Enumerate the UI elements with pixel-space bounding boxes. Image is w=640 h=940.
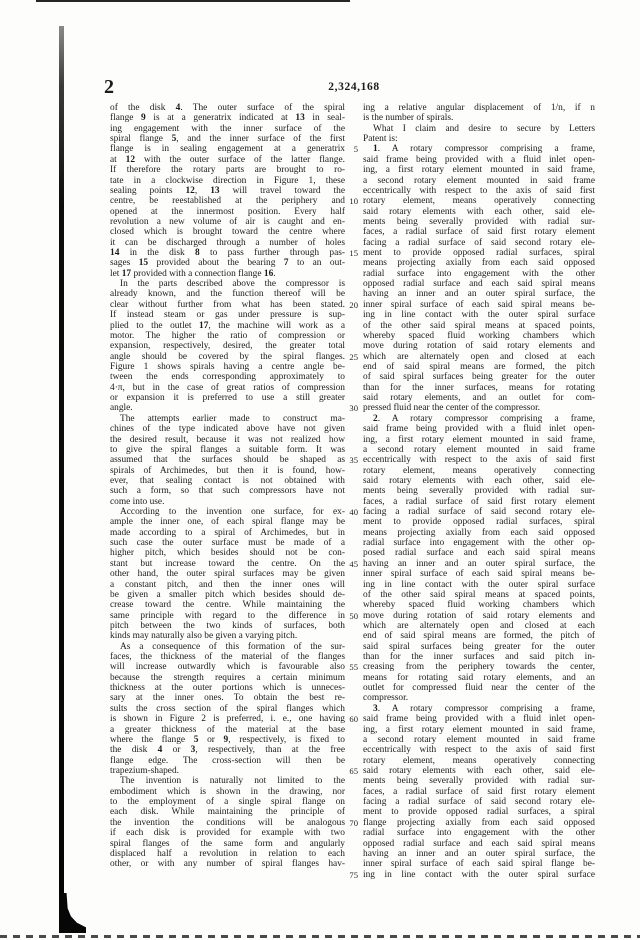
text-line: opened at the innermost position. Every … bbox=[110, 207, 345, 217]
text-line: ing in line contact with the outer spira… bbox=[363, 870, 595, 880]
text-line: In the parts described above the compres… bbox=[110, 279, 345, 289]
text-line: displaced half a revolution in relation … bbox=[110, 849, 345, 859]
gutter-line-number: 25 bbox=[342, 352, 358, 362]
text-line: ever, that sealing contact is not obtain… bbox=[110, 476, 345, 486]
text-line: facing a radial surface of said second r… bbox=[363, 797, 595, 807]
scan-artifact-top-edge bbox=[36, 0, 350, 2]
text-line: thickness at the outer portions which is… bbox=[110, 683, 345, 693]
text-line: closed which is brought toward the centr… bbox=[110, 227, 345, 237]
text-line: than for the inner surfaces, means for r… bbox=[363, 383, 595, 393]
gutter-line-number: 75 bbox=[342, 870, 358, 880]
text-line: sults the cross section of the spiral fl… bbox=[110, 704, 345, 714]
text-line: ing in line contact with the outer spira… bbox=[363, 580, 595, 590]
text-line: inner spiral surface of each said spiral… bbox=[363, 300, 595, 310]
text-line: trapezium-shaped. bbox=[110, 766, 345, 776]
text-line: said rotary elements with each other, sa… bbox=[363, 476, 595, 486]
gutter-line-number: 45 bbox=[342, 559, 358, 569]
text-line: each disk. While maintaining the princip… bbox=[110, 807, 345, 817]
left-text-column: of the disk 4. The outer surface of the … bbox=[110, 103, 345, 870]
text-line: stant but increase toward the centre. On… bbox=[110, 559, 345, 569]
text-line: said frame being provided with a fluid i… bbox=[363, 714, 595, 724]
text-line: 1. A rotary compressor comprising a fram… bbox=[363, 144, 595, 154]
text-line: assumed that the surfaces should be shap… bbox=[110, 455, 345, 465]
text-line: having an inner and an outer spiral surf… bbox=[363, 559, 595, 569]
text-line: such a form, so that such compressors ha… bbox=[110, 486, 345, 496]
text-line: inner spiral surface of each said spiral… bbox=[363, 859, 595, 869]
text-line: ing in line contact with the outer spira… bbox=[363, 310, 595, 320]
text-line: flange 9 is at a generatrix indicated at… bbox=[110, 113, 345, 123]
text-line: the desired result, because it was not r… bbox=[110, 435, 345, 445]
text-line: said frame being provided with a fluid i… bbox=[363, 155, 595, 165]
text-line: centre, be reestablished at the peripher… bbox=[110, 196, 345, 206]
text-line: higher pitch, which besides should not b… bbox=[110, 548, 345, 558]
text-line: 3. A rotary compressor comprising a fram… bbox=[363, 704, 595, 714]
text-line: of the other said spiral means at spaced… bbox=[363, 321, 595, 331]
text-line: revolution a new volume of air is caught… bbox=[110, 217, 345, 227]
text-line: means projecting axially from each said … bbox=[363, 528, 595, 538]
text-line: If instead steam or gas under pressure i… bbox=[110, 310, 345, 320]
text-line: whereby spaced fluid working chambers wh… bbox=[363, 600, 595, 610]
text-line: radial surface into engagement with the … bbox=[363, 828, 595, 838]
text-line: sary at the inner ones. To obtain the be… bbox=[110, 693, 345, 703]
text-line: outlet for compressed fluid near the cen… bbox=[363, 683, 595, 693]
text-line: 4·π, but in the case of great ratios of … bbox=[110, 383, 345, 393]
gutter-line-number: 70 bbox=[342, 818, 358, 828]
text-line: ample the inner one, of each spiral flan… bbox=[110, 517, 345, 527]
text-line: radial surface into engagement with the … bbox=[363, 269, 595, 279]
text-line: the invention the conditions will be ana… bbox=[110, 818, 345, 828]
gutter-line-number: 60 bbox=[342, 714, 358, 724]
text-line: at 12 with the outer surface of the latt… bbox=[110, 155, 345, 165]
text-line: faces, a radial surface of said first ro… bbox=[363, 497, 595, 507]
text-line: a greater thickness of the material at t… bbox=[110, 725, 345, 735]
text-line: end of said spiral means are formed, the… bbox=[363, 362, 595, 372]
gutter-line-number: 20 bbox=[342, 300, 358, 310]
text-line: is the number of spirals. bbox=[363, 113, 595, 123]
text-line: because the strength requires a certain … bbox=[110, 673, 345, 683]
text-line: motor. The higher the ratio of compressi… bbox=[110, 331, 345, 341]
text-line: to the employment of a single spiral fla… bbox=[110, 797, 345, 807]
text-line: posed radial surface and each said spira… bbox=[363, 548, 595, 558]
text-line: means projecting axially from each said … bbox=[363, 258, 595, 268]
patent-page-scan: 2 2,324,168 of the disk 4. The outer sur… bbox=[0, 0, 640, 940]
text-line: such case the outer surface must be made… bbox=[110, 538, 345, 548]
scan-artifact-left-bar bbox=[59, 26, 64, 896]
text-line: sealing points 12, 13 will travel toward… bbox=[110, 186, 345, 196]
scan-artifact-left-bar-foot bbox=[59, 893, 86, 933]
page-number: 2 bbox=[104, 76, 115, 99]
text-line: made according to a spiral of Archimedes… bbox=[110, 528, 345, 538]
text-line: facing a radial surface of said second r… bbox=[363, 238, 595, 248]
text-line: pitch between the two kinds of surfaces,… bbox=[110, 621, 345, 631]
text-line: where the flange 5 or 9, respectively, i… bbox=[110, 735, 345, 745]
text-line: What I claim and desire to secure by Let… bbox=[363, 124, 595, 134]
text-line: ing, a first rotary element mounted in s… bbox=[363, 725, 595, 735]
text-line: rotary element, means operatively connec… bbox=[363, 466, 595, 476]
text-line: opposed radial surface and each said spi… bbox=[363, 279, 595, 289]
text-line: kinds may naturally also be given a vary… bbox=[110, 631, 345, 641]
text-line: it can be discharged through a number of… bbox=[110, 238, 345, 248]
text-line: the disk 4 or 3, respectively, than at t… bbox=[110, 745, 345, 755]
text-line: which are alternately open and closed at… bbox=[363, 621, 595, 631]
text-line: rotary element, means operatively connec… bbox=[363, 756, 595, 766]
text-line: compressor. bbox=[363, 693, 595, 703]
gutter-line-number: 30 bbox=[342, 403, 358, 413]
text-line: creasing from the periphery towards the … bbox=[363, 662, 595, 672]
gutter-line-number: 50 bbox=[342, 611, 358, 621]
right-text-column: ing a relative angular displacement of 1… bbox=[363, 103, 595, 880]
text-line: ing a relative angular displacement of 1… bbox=[363, 103, 595, 113]
text-line: embodiment which is shown in the drawing… bbox=[110, 787, 345, 797]
text-line: let 17 provided with a connection flange… bbox=[110, 269, 345, 279]
text-line: angle. bbox=[110, 403, 345, 413]
patent-number: 2,324,168 bbox=[298, 81, 410, 93]
text-line: move during rotation of said rotary elem… bbox=[363, 611, 595, 621]
text-line: angle should be covered by the spiral fl… bbox=[110, 352, 345, 362]
text-line: faces, a radial surface of said first ro… bbox=[363, 227, 595, 237]
text-line: said frame being provided with a fluid i… bbox=[363, 424, 595, 434]
text-line: flange projecting axially from each said… bbox=[363, 818, 595, 828]
text-line: sages 15 provided about the bearing 7 to… bbox=[110, 258, 345, 268]
text-line: clear without further from what has been… bbox=[110, 300, 345, 310]
text-line: having an inner and an outer spiral surf… bbox=[363, 289, 595, 299]
text-line: ment to provide opposed radial surfaces,… bbox=[363, 807, 595, 817]
text-line: means for rotating said rotary elements,… bbox=[363, 673, 595, 683]
text-line: than for the inner surfaces and said pit… bbox=[363, 652, 595, 662]
text-line: 2. A rotary compressor comprising a fram… bbox=[363, 414, 595, 424]
gutter-line-number: 40 bbox=[342, 507, 358, 517]
text-line: inner spiral surface of each said spiral… bbox=[363, 569, 595, 579]
text-line: said rotary elements with each other, sa… bbox=[363, 207, 595, 217]
text-line: eccentrically with respect to the axis o… bbox=[363, 186, 595, 196]
text-line: 14 in the disk 8 to pass further through… bbox=[110, 248, 345, 258]
text-line: a second rotary element mounted in said … bbox=[363, 445, 595, 455]
text-line: eccentrically with respect to the axis o… bbox=[363, 745, 595, 755]
gutter-line-number: 65 bbox=[342, 766, 358, 776]
scan-artifact-bottom-perforation bbox=[0, 935, 640, 938]
text-line: said spiral surfaces being greater for t… bbox=[363, 642, 595, 652]
text-line: of said spiral surfaces being greater fo… bbox=[363, 372, 595, 382]
text-line: flange edge. The cross-section will then… bbox=[110, 756, 345, 766]
text-line: a second rotary element mounted in said … bbox=[363, 735, 595, 745]
text-line: having an inner and an outer spiral surf… bbox=[363, 849, 595, 859]
text-line: said rotary elements, and an outlet for … bbox=[363, 393, 595, 403]
text-line: ment to provide opposed radial surfaces,… bbox=[363, 517, 595, 527]
text-line: The invention is naturally not limited t… bbox=[110, 776, 345, 786]
text-line: opposed radial surface and each said spi… bbox=[363, 839, 595, 849]
gutter-line-number: 10 bbox=[342, 196, 358, 206]
text-line: already known, and the function thereof … bbox=[110, 289, 345, 299]
text-line: will increase outwardly which is favoura… bbox=[110, 662, 345, 672]
text-line: eccentrically with respect to the axis o… bbox=[363, 455, 595, 465]
text-line: is shown in Figure 2 is preferred, i. e.… bbox=[110, 714, 345, 724]
text-line: crease toward the centre. While maintain… bbox=[110, 600, 345, 610]
text-line: Patent is: bbox=[363, 134, 595, 144]
text-line: ing, a first rotary element mounted in s… bbox=[363, 165, 595, 175]
text-line: spiral flange 5, and the inner surface o… bbox=[110, 134, 345, 144]
text-line: or expansion it is preferred to use a st… bbox=[110, 393, 345, 403]
text-line: of the disk 4. The outer surface of the … bbox=[110, 103, 345, 113]
text-line: whereby spaced fluid working chambers wh… bbox=[363, 331, 595, 341]
gutter-line-number: 15 bbox=[342, 248, 358, 258]
text-line: if each disk is provided for example wit… bbox=[110, 828, 345, 838]
text-line: Figure 1 shows spirals having a centre a… bbox=[110, 362, 345, 372]
text-line: come into use. bbox=[110, 497, 345, 507]
text-line: tween the ends corresponding approximate… bbox=[110, 372, 345, 382]
text-line: said rotary elements with each other, sa… bbox=[363, 766, 595, 776]
text-line: end of said spiral means are formed, the… bbox=[363, 631, 595, 641]
gutter-line-number: 55 bbox=[342, 662, 358, 672]
text-line: of the other said spiral means at spaced… bbox=[363, 590, 595, 600]
text-line: move during rotation of said rotary elem… bbox=[363, 341, 595, 351]
text-line: which are alternately open and closed at… bbox=[363, 352, 595, 362]
text-line: same principle with regard to the differ… bbox=[110, 611, 345, 621]
text-line: tate in a clockwise direction in Figure … bbox=[110, 176, 345, 186]
text-line: flange is in sealing engagement at a gen… bbox=[110, 144, 345, 154]
text-line: facing a radial surface of said second r… bbox=[363, 507, 595, 517]
text-line: ments being severally provided with radi… bbox=[363, 486, 595, 496]
text-line: ing engagement with the inner surface of… bbox=[110, 124, 345, 134]
text-line: pressed fluid near the center of the com… bbox=[363, 403, 595, 413]
text-line: other hand, the outer spiral surfaces ma… bbox=[110, 569, 345, 579]
text-line: a second rotary element mounted in said … bbox=[363, 176, 595, 186]
text-line: If therefore the rotary parts are brough… bbox=[110, 165, 345, 175]
text-line: spiral flanges of the same form and angu… bbox=[110, 839, 345, 849]
text-line: rotary element, means operatively connec… bbox=[363, 196, 595, 206]
text-line: spirals of Archimedes, but then it is fo… bbox=[110, 466, 345, 476]
text-line: be given a smaller pitch which besides s… bbox=[110, 590, 345, 600]
text-line: As a consequence of this formation of th… bbox=[110, 642, 345, 652]
text-line: other, or with any number of spiral flan… bbox=[110, 859, 345, 869]
text-line: to give the spiral flanges a suitable fo… bbox=[110, 445, 345, 455]
text-line: ment to provide opposed radial surfaces,… bbox=[363, 248, 595, 258]
text-line: radial surface into engagement with the … bbox=[363, 538, 595, 548]
text-line: expansion, respectively, desired, the gr… bbox=[110, 341, 345, 351]
text-line: According to the invention one surface, … bbox=[110, 507, 345, 517]
text-line: ments being severally provided with radi… bbox=[363, 217, 595, 227]
gutter-line-number: 5 bbox=[342, 144, 358, 154]
text-line: a constant pitch, and then the inner one… bbox=[110, 580, 345, 590]
text-line: plied to the outlet 17, the machine will… bbox=[110, 321, 345, 331]
text-line: ing, a first rotary element mounted in s… bbox=[363, 435, 595, 445]
text-line: faces, a radial surface of said first ro… bbox=[363, 787, 595, 797]
gutter-line-number: 35 bbox=[342, 455, 358, 465]
text-line: The attempts earlier made to construct m… bbox=[110, 414, 345, 424]
text-line: chines of the type indicated above have … bbox=[110, 424, 345, 434]
text-line: ments being severally provided with radi… bbox=[363, 776, 595, 786]
text-line: faces, the thickness of the material of … bbox=[110, 652, 345, 662]
